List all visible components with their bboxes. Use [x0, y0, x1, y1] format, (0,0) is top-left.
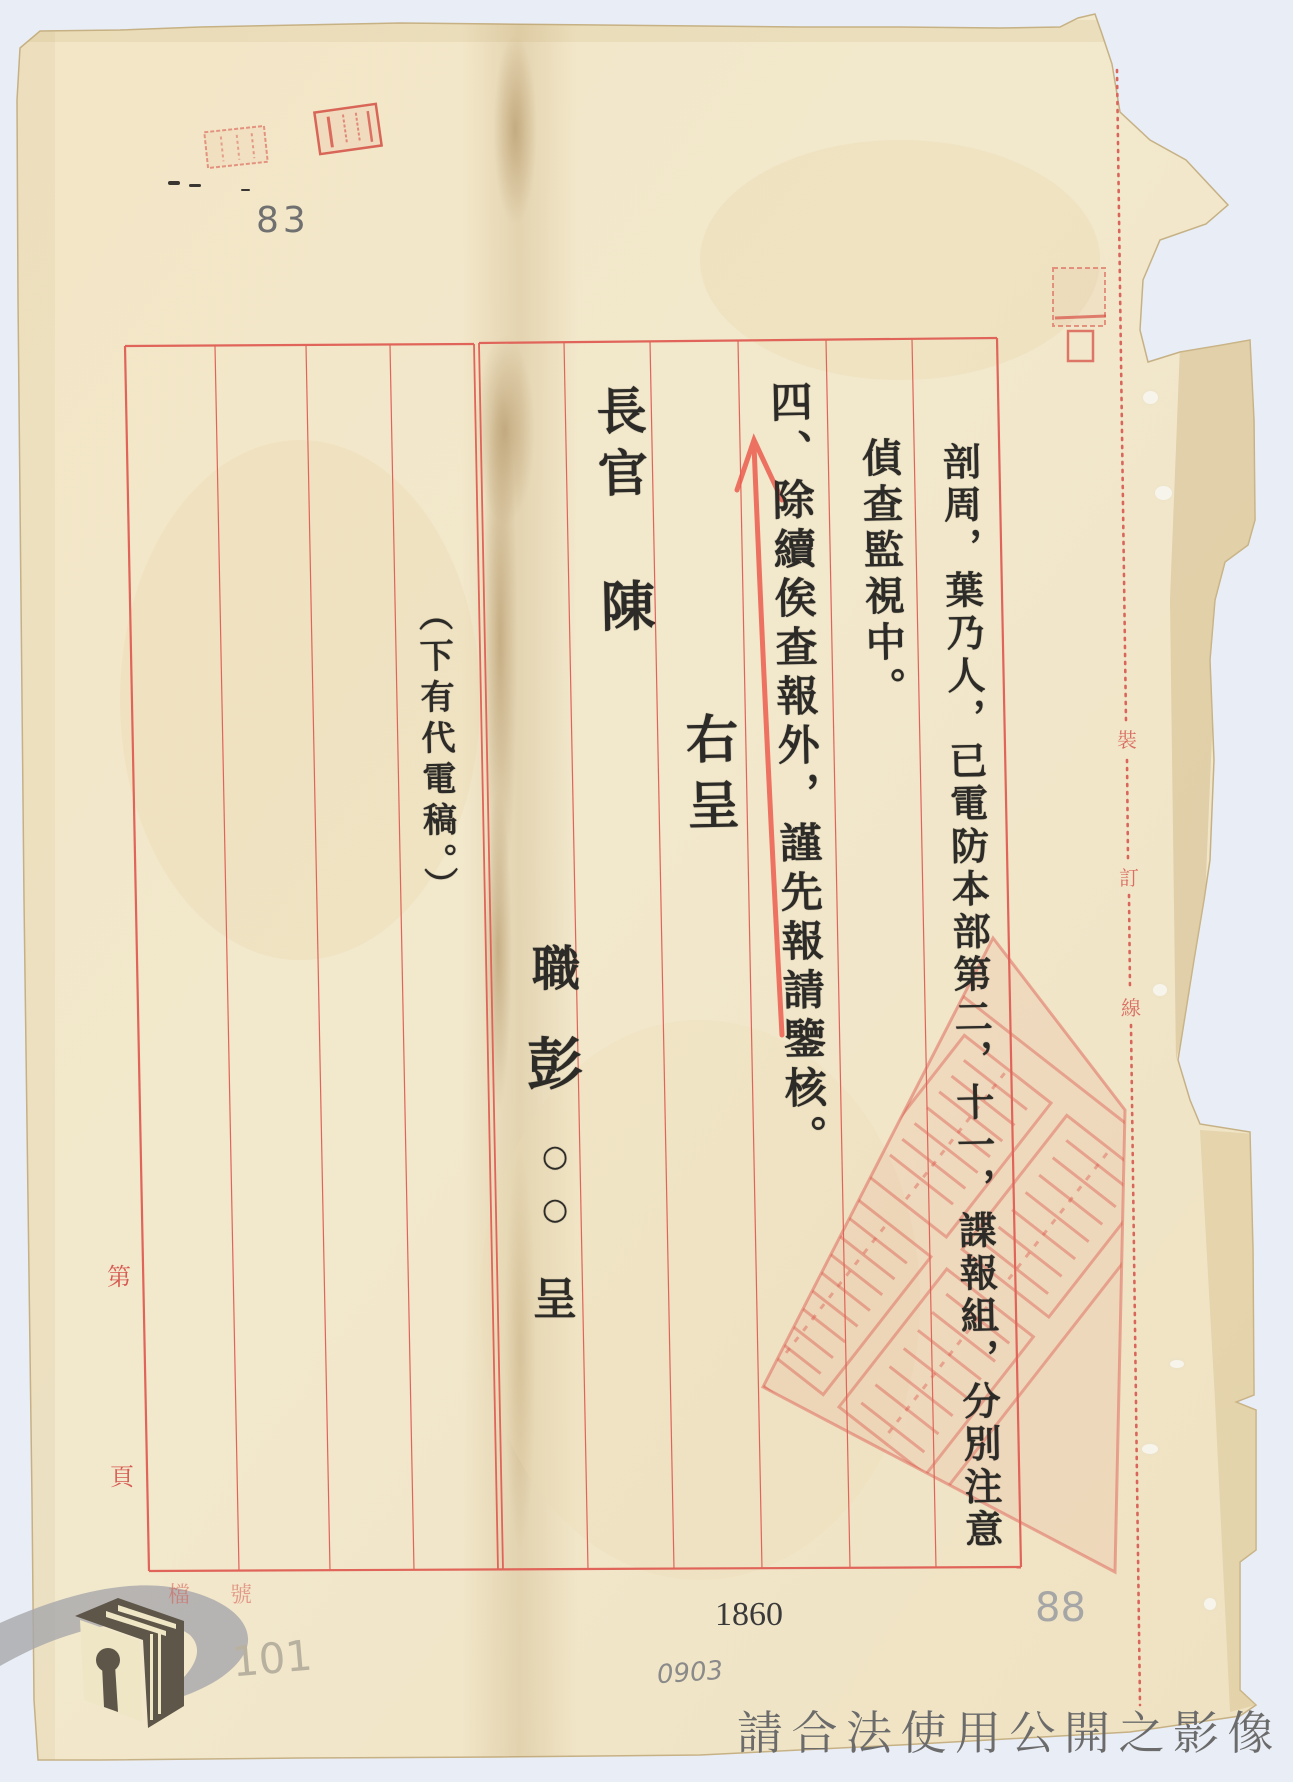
binding-line-label: 線	[1121, 998, 1141, 1018]
ink-mark	[241, 189, 250, 191]
red-seal-small-left	[204, 126, 267, 168]
ink-mark	[168, 181, 180, 185]
stamped-number: 1860	[715, 1598, 783, 1632]
addressee-title: 長官	[592, 384, 645, 509]
paper-hole	[1204, 1598, 1216, 1610]
paper-hole	[1143, 391, 1158, 404]
page-label-prefix: 第	[107, 1265, 131, 1289]
signature-surname: 彭	[527, 1038, 583, 1094]
submission-phrase: 右呈	[680, 711, 735, 844]
signature-rank-prefix: 職	[532, 945, 580, 993]
paper-hole	[1142, 1444, 1158, 1454]
ink-mark	[189, 184, 201, 187]
page-label-suffix: 頁	[110, 1465, 134, 1489]
pencil-number-right: 88	[1035, 1588, 1086, 1628]
pencil-number-bottom: 0903	[656, 1658, 724, 1689]
paper-hole	[1153, 984, 1167, 996]
file-number-label: 號	[230, 1585, 252, 1607]
pencil-page-number: 83	[256, 203, 310, 239]
file-number-label: 檔	[168, 1585, 190, 1607]
pencil-number-left: 101	[230, 1635, 314, 1684]
signature-verb: 呈	[533, 1278, 577, 1322]
binding-line-label: 訂	[1119, 868, 1139, 888]
signature-placeholder: ○	[542, 1142, 568, 1172]
paper-hole	[1155, 486, 1172, 500]
addressee-surname: 陳	[596, 577, 651, 632]
signature-placeholder: ○	[542, 1195, 568, 1225]
usage-watermark: 請合法使用公開之影像	[737, 1710, 1282, 1756]
red-seal-small-right	[314, 104, 381, 154]
attachment-note: （下有代電稿。）	[415, 597, 456, 909]
binding-line-label: 裝	[1117, 730, 1137, 750]
letter-line-2: 偵查監視中。	[858, 437, 904, 714]
document-scan	[0, 0, 1293, 1782]
paper-hole	[1170, 1360, 1184, 1368]
